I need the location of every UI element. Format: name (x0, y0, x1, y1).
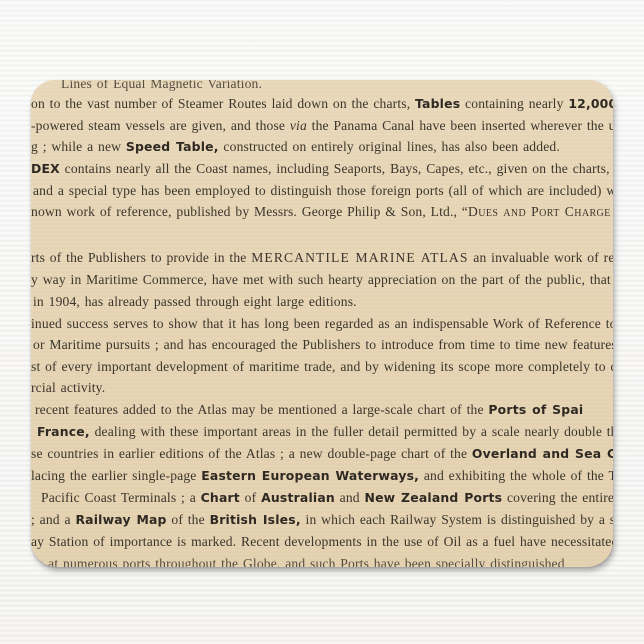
text-line: -powered steam vessels are given, and th… (31, 116, 613, 136)
text-segment: of the (167, 512, 210, 527)
text-line: in 1904, has already passed through eigh… (31, 292, 613, 312)
text-line: ns at numerous ports throughout the Glob… (31, 554, 613, 567)
bold-text: Australian (261, 490, 335, 505)
text-segment: ; and a (31, 512, 75, 527)
text-segment: inued success serves to show that it has… (31, 316, 613, 331)
text-segment: y way in Maritime Commerce, have met wit… (31, 272, 613, 287)
text-line: y way in Maritime Commerce, have met wit… (31, 270, 613, 290)
text-line: and a special type has been employed to … (31, 181, 613, 201)
text-line: lacing the earlier single-page Eastern E… (31, 466, 613, 486)
text-segment: nown work of reference, published by Mes… (31, 204, 468, 219)
text-segment: on to the vast number of Steamer Routes … (31, 96, 415, 111)
text-segment: st of every important development of mar… (31, 359, 613, 374)
bold-text: Ports of Spai (488, 402, 583, 417)
bold-text: Overland and Sea Con (472, 446, 613, 461)
text-segment: Lines of Equal Magnetic Variation. (61, 80, 262, 91)
text-segment: Dues and Port Charge (468, 204, 611, 219)
bold-text: British Isles, (210, 512, 301, 527)
text-line: ; and a Railway Map of the British Isles… (31, 510, 613, 530)
text-segment: covering the entire co (502, 490, 613, 505)
text-line: DEX contains nearly all the Coast names,… (31, 159, 613, 179)
text-segment: MERCANTILE MARINE ATLAS (251, 250, 468, 265)
text-segment: recent features added to the Atlas may b… (35, 402, 488, 417)
text-segment: containing nearly (460, 96, 568, 111)
text-line: France, dealing with these important are… (31, 422, 613, 442)
text-line: rcial activity. (31, 378, 613, 398)
text-segment: in which each Railway System is distingu… (301, 512, 613, 527)
bold-text: Speed Table, (126, 139, 219, 154)
text-line: ay Station of importance is marked. Rece… (31, 532, 613, 552)
bold-text: Chart (201, 490, 240, 505)
text-segment: lacing the earlier single-page (31, 468, 201, 483)
bold-text: 12,000 Distan (568, 96, 613, 111)
text-line: st of every important development of mar… (31, 357, 613, 377)
text-segment: rts of the Publishers to provide in the (31, 250, 251, 265)
text-line: se countries in earlier editions of the … (31, 444, 613, 464)
text-line: Pacific Coast Terminals ; a Chart of Aus… (31, 488, 613, 508)
text-segment: constructed on entirely original lines, … (219, 139, 560, 154)
bold-text: Eastern European Waterways, (201, 468, 419, 483)
text-segment: and (335, 490, 365, 505)
text-segment: g ; while a new (31, 139, 126, 154)
text-segment: ay Station of importance is marked. Rece… (31, 534, 613, 549)
text-segment: of (240, 490, 261, 505)
bold-text: New Zealand Ports (365, 490, 503, 505)
bold-text: DEX (31, 161, 60, 176)
text-segment: and exhibiting the whole of the Trans- (419, 468, 613, 483)
bold-text: Tables (415, 96, 460, 111)
text-line: or Maritime pursuits ; and has encourage… (31, 335, 613, 355)
text-line: on to the vast number of Steamer Routes … (31, 94, 613, 114)
text-line: Lines of Equal Magnetic Variation. (31, 80, 613, 94)
text-segment: -powered steam vessels are given, and th… (31, 118, 290, 133)
text-line: recent features added to the Atlas may b… (31, 400, 613, 420)
text-segment: rcial activity. (31, 380, 105, 395)
text-segment: via (290, 118, 307, 133)
text-segment: ns at numerous ports throughout the Glob… (31, 556, 565, 567)
text-line: nown work of reference, published by Mes… (31, 202, 613, 222)
bold-text: France, (37, 424, 90, 439)
text-segment: in 1904, has already passed through eigh… (33, 294, 357, 309)
text-segment: or Maritime pursuits ; and has encourage… (33, 337, 613, 352)
text-line: rts of the Publishers to provide in the … (31, 248, 613, 268)
text-segment: Pacific Coast Terminals ; a (41, 490, 201, 505)
bold-text: Railway Map (75, 512, 166, 527)
mousepad: Lines of Equal Magnetic Variation.on to … (31, 80, 613, 567)
text-segment: the Panama Canal have been inserted wher… (307, 118, 613, 133)
text-segment: an invaluable work of re (469, 250, 613, 265)
text-line: inued success serves to show that it has… (31, 314, 613, 334)
text-segment: and a special type has been employed to … (33, 183, 613, 198)
text-line: g ; while a new Speed Table, constructed… (31, 137, 613, 157)
text-segment: dealing with these important areas in th… (90, 424, 613, 439)
text-segment: se countries in earlier editions of the … (31, 446, 472, 461)
text-segment: contains nearly all the Coast names, inc… (60, 161, 613, 176)
